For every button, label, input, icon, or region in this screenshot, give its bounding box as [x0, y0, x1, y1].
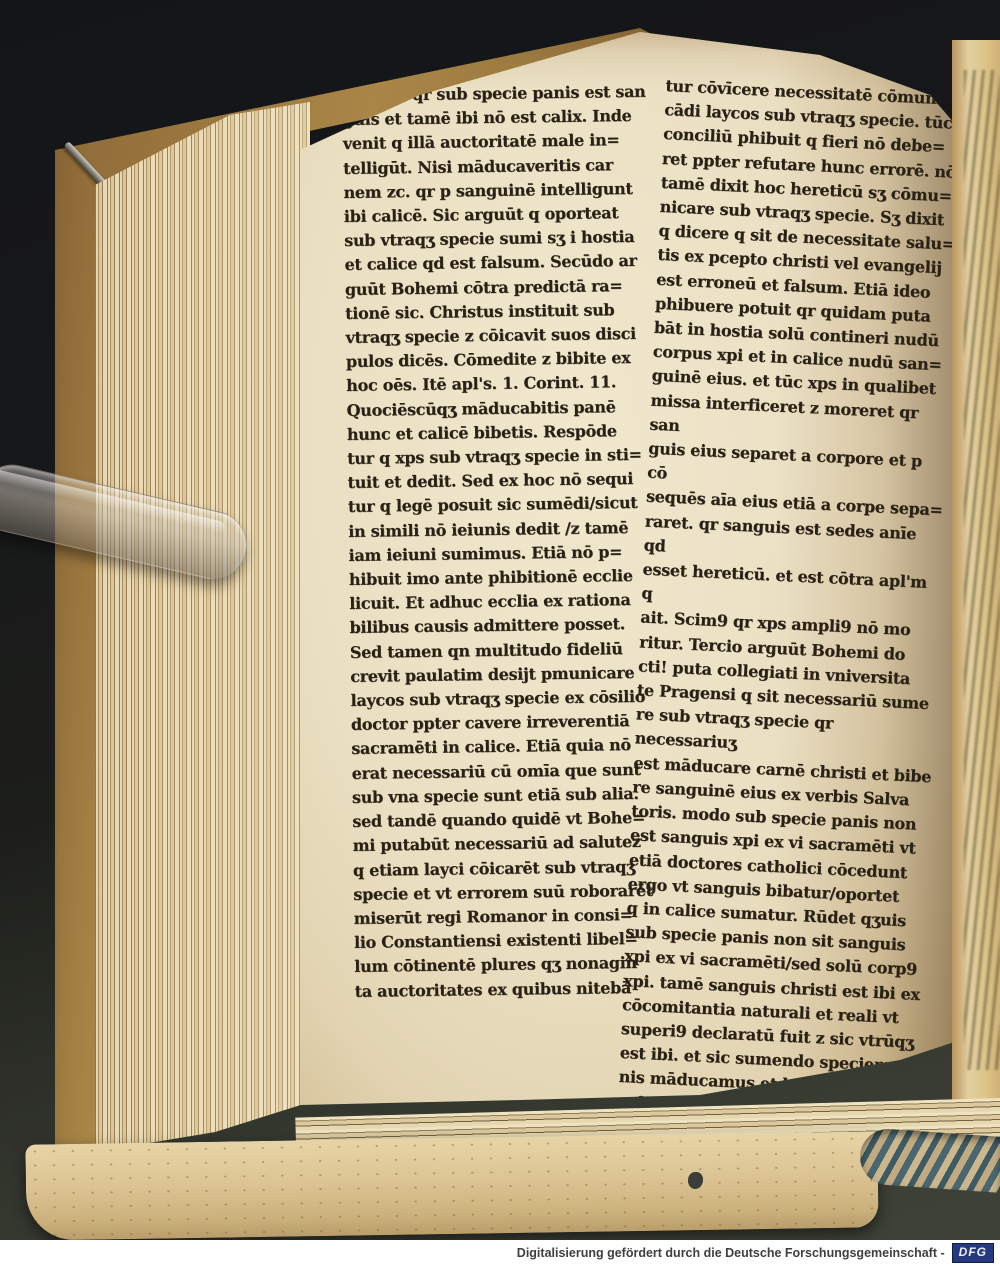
caption-text: Digitalisierung gefördert durch die Deut…: [517, 1246, 945, 1260]
digitized-book-scan: et male qr sub specie panis est san guis…: [0, 0, 1000, 1265]
endband: [858, 1127, 1000, 1193]
photo-background: et male qr sub specie panis est san guis…: [0, 0, 1000, 1240]
facing-page-edge: [952, 40, 1000, 1130]
bottom-cover-board: [25, 1131, 878, 1240]
dfg-logo: DFG: [952, 1243, 994, 1263]
open-page: et male qr sub specie panis est san guis…: [300, 28, 960, 1113]
caption-bar: Digitalisierung gefördert durch die Deut…: [0, 1240, 1000, 1265]
fanned-page-fore-edges: [95, 90, 310, 1165]
text-column-right: tur cōvīcere necessitatē cōmuni= cādi la…: [617, 74, 964, 1128]
